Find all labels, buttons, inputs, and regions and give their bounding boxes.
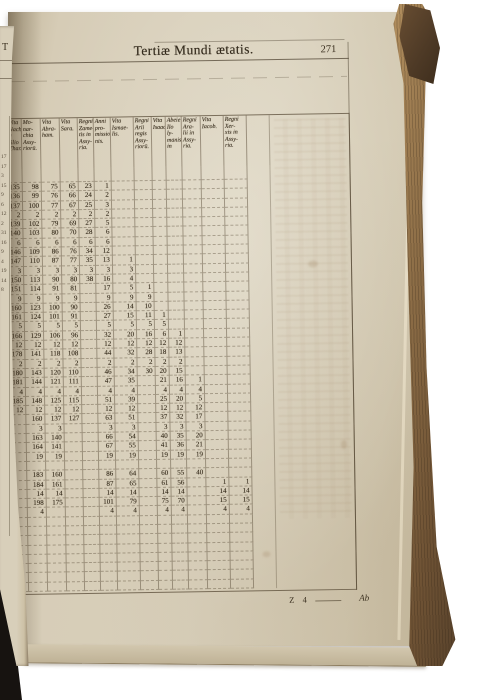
table-cell: 51	[115, 414, 138, 424]
table-cell	[188, 496, 207, 506]
table-cell	[138, 395, 156, 405]
table-cell	[41, 168, 60, 182]
table-cell: 2	[44, 359, 63, 369]
table-cell: 56	[171, 478, 187, 488]
table-cell	[83, 479, 99, 489]
table-cell	[229, 440, 252, 450]
table-cell	[154, 274, 168, 284]
table-cell: 5	[155, 320, 169, 330]
table-cell: 54	[116, 432, 139, 442]
table-cell	[166, 166, 182, 180]
table-cell	[135, 227, 153, 237]
table-cell-blank	[252, 477, 275, 487]
table-cell	[167, 199, 183, 209]
table-cell: 28	[137, 348, 155, 358]
table-cell	[184, 282, 203, 292]
table-cell	[226, 272, 249, 282]
table-cell: 79	[42, 220, 61, 230]
table-cell	[231, 579, 254, 589]
table-cell: 55	[171, 469, 187, 479]
table-cell: 129	[25, 331, 44, 341]
table-cell	[112, 218, 135, 228]
table-cell	[205, 366, 228, 376]
table-cell: 20	[156, 367, 170, 377]
table-cell-blank	[252, 458, 275, 468]
table-cell	[169, 311, 185, 321]
table-cell: 32	[114, 349, 137, 359]
table-cell-blank	[249, 263, 272, 273]
table-cell	[159, 553, 173, 563]
table-cell	[228, 375, 251, 385]
table-cell	[159, 580, 173, 590]
table-cell	[141, 571, 159, 581]
table-cell	[81, 349, 97, 359]
table-cell: 64	[116, 469, 139, 479]
table-cell	[184, 273, 203, 283]
table-cell	[229, 468, 252, 478]
table-cell: 13	[169, 348, 185, 358]
table-cell: 34	[80, 247, 96, 257]
table-cell: 14	[206, 487, 229, 497]
table-cell	[153, 199, 167, 209]
table-cell: 37	[156, 413, 170, 423]
table-cell: 121	[45, 378, 64, 388]
table-cell: 90	[43, 275, 62, 285]
table-cell: 40	[157, 432, 171, 442]
table-cell-blank	[253, 495, 276, 505]
table-cell: 6	[80, 238, 96, 248]
table-cell: 20	[170, 394, 186, 404]
table-cell: 87	[99, 479, 116, 489]
table-cell: 19	[187, 450, 206, 460]
table-cell: 14	[114, 302, 137, 312]
table-cell-blank	[253, 523, 276, 533]
table-cell: 13	[96, 256, 113, 266]
table-cell	[82, 396, 98, 406]
table-cell: 4	[28, 508, 47, 518]
table-cell: 80	[42, 229, 61, 239]
table-cell: 4	[158, 506, 172, 516]
table-cell	[47, 536, 66, 546]
table-cell: 12	[137, 339, 155, 349]
table-cell	[186, 366, 205, 376]
table-cell	[226, 282, 249, 292]
table-cell	[205, 412, 228, 422]
table-cell: 2	[63, 359, 81, 369]
table-cell: 2	[169, 357, 185, 367]
table-cell	[206, 468, 229, 478]
table-cell: 163	[27, 434, 46, 444]
table-cell: 5	[97, 321, 114, 331]
table-cell	[135, 209, 153, 219]
table-cell: 35	[115, 376, 138, 386]
left-page-column-rule	[9, 116, 10, 536]
table-cell: 9	[62, 294, 80, 304]
table-cell: 91	[63, 312, 81, 322]
table-cell	[117, 516, 140, 526]
table-cell	[84, 535, 100, 545]
table-cell-blank	[270, 164, 348, 179]
table-cell	[28, 536, 47, 546]
table-cell-blank	[248, 216, 271, 226]
table-cell	[168, 292, 184, 302]
table-cell: 2	[114, 358, 137, 368]
table-cell	[168, 273, 184, 283]
table-cell	[83, 489, 99, 499]
table-cell: 101	[44, 313, 63, 323]
table-cell	[228, 384, 251, 394]
table-cell-blank	[250, 337, 273, 347]
table-cell: 18	[155, 348, 169, 358]
table-cell	[29, 582, 48, 592]
table-cell: 1	[186, 375, 205, 385]
table-cell: 24	[79, 191, 95, 201]
table-cell	[188, 515, 207, 525]
table-cell: 9	[136, 293, 154, 303]
table-cell	[205, 384, 228, 394]
table-cell	[140, 544, 158, 554]
table-cell-blank	[253, 532, 276, 542]
table-cell	[67, 582, 85, 592]
table-cell	[65, 442, 83, 452]
table-cell	[83, 433, 99, 443]
table-cell: 21	[156, 376, 170, 386]
table-cell: 6	[62, 238, 80, 248]
table-cell	[202, 198, 225, 208]
table-cell: 4	[45, 387, 64, 397]
table-cell: 14	[157, 488, 171, 498]
table-cell: 12	[11, 341, 25, 351]
foxing-spot	[341, 440, 347, 449]
table-cell	[203, 291, 226, 301]
table-cell	[185, 348, 204, 358]
table-column-header: Mo- nar- chia Assy- riorū.	[22, 119, 42, 169]
table-cell: 109	[24, 248, 43, 258]
table-cell: 6	[95, 228, 112, 238]
table-cell-blank	[248, 188, 271, 198]
table-cell: 14	[229, 486, 252, 496]
table-cell: 3	[156, 422, 170, 432]
table-cell	[184, 264, 203, 274]
table-cell	[48, 582, 67, 592]
table-cell	[187, 487, 206, 497]
table-cell: 2	[97, 358, 114, 368]
table-cell	[201, 166, 224, 180]
table-cell: 44	[97, 349, 114, 359]
table-cell	[141, 553, 159, 563]
table-cell: 67	[61, 201, 79, 211]
table-cell: 147	[10, 257, 24, 267]
table-cell: 25	[156, 395, 170, 405]
header-rule-faint	[11, 76, 347, 82]
table-cell	[231, 570, 254, 580]
table-cell	[153, 218, 167, 228]
table-cell	[204, 319, 227, 329]
table-cell: 2	[23, 211, 42, 221]
table-cell	[227, 347, 250, 357]
table-cell	[47, 545, 66, 555]
table-body: 1359875652311369976662421371007767253222…	[8, 164, 356, 592]
table-cell-blank	[251, 365, 274, 375]
table-cell	[48, 573, 67, 583]
table-cell: 110	[24, 257, 43, 267]
table-cell: 3	[186, 422, 205, 432]
left-page-number: 17	[1, 164, 7, 170]
table-cell	[225, 179, 248, 189]
table-cell	[83, 451, 99, 461]
left-page-number: 8	[1, 287, 7, 293]
table-cell: 3	[113, 265, 136, 275]
table-cell: 91	[43, 285, 62, 295]
table-cell	[185, 310, 204, 320]
table-cell: 4	[100, 507, 117, 517]
table-cell: 125	[45, 396, 64, 406]
table-cell	[168, 246, 184, 256]
table-cell: 2	[25, 359, 44, 369]
table-cell: 12	[97, 340, 114, 350]
left-page-number: 4	[1, 259, 7, 265]
table-cell	[154, 292, 168, 302]
table-cell: 9	[43, 294, 62, 304]
left-page-number: 14	[1, 278, 7, 284]
running-title: Tertiæ Mundi ætatis.	[109, 41, 279, 60]
table-cell	[28, 545, 47, 555]
table-cell	[100, 516, 117, 526]
table-cell	[154, 237, 168, 247]
table-cell	[140, 497, 158, 507]
table-cell	[159, 571, 173, 581]
table-cell	[230, 542, 253, 552]
table-cell	[28, 517, 47, 527]
table-cell: 87	[43, 257, 62, 267]
table-cell: 76	[42, 192, 61, 202]
table-cell	[173, 552, 189, 562]
table-cell: 28	[79, 228, 95, 238]
table-cell	[204, 356, 227, 366]
table-cell	[134, 167, 152, 181]
table-cell	[80, 293, 96, 303]
table-cell: 17	[96, 284, 113, 294]
table-cell: 2	[95, 191, 112, 201]
table-cell: 144	[26, 378, 45, 388]
table-cell: 76	[62, 247, 80, 257]
table-cell	[230, 533, 253, 543]
table-cell: 1	[206, 477, 229, 487]
table-cell	[204, 310, 227, 320]
table-cell	[28, 527, 47, 537]
table-cell	[226, 254, 249, 264]
table-cell	[47, 517, 66, 527]
table-cell	[172, 515, 188, 525]
table-cell-blank	[251, 374, 274, 384]
table-cell-blank	[248, 207, 271, 217]
table-cell	[154, 246, 168, 256]
table-cell: 111	[64, 377, 82, 387]
table-cell	[173, 571, 189, 581]
table-cell: 14	[171, 487, 187, 497]
table-cell	[12, 425, 26, 435]
table-cell: 63	[98, 414, 115, 424]
table-cell: 113	[24, 276, 43, 286]
table-cell	[66, 526, 84, 536]
table-cell	[65, 433, 83, 443]
book-photograph: { "photo": { "background": "#ffffff" }, …	[0, 0, 484, 700]
table-cell	[225, 189, 248, 199]
table-cell	[183, 189, 202, 199]
table-cell	[185, 338, 204, 348]
table-cell: 124	[25, 313, 44, 323]
table-cell: 6	[10, 239, 24, 249]
table-cell: 3	[10, 267, 24, 277]
table-cell: 12	[12, 406, 26, 416]
table-cell: 12	[170, 404, 186, 414]
table-cell	[167, 227, 183, 237]
table-cell	[99, 460, 116, 470]
table-cell	[140, 506, 158, 516]
signature-dash	[315, 600, 341, 601]
table-cell: 108	[63, 349, 81, 359]
table-cell: 3	[96, 265, 113, 275]
table-cell	[101, 553, 118, 563]
table-cell-blank	[254, 579, 277, 589]
table-column-header: Vita Abra- ham.	[41, 118, 61, 168]
table-cell: 9	[113, 293, 136, 303]
table-cell: 106	[44, 331, 63, 341]
table-cell	[84, 544, 100, 554]
table-cell: 2	[95, 209, 112, 219]
table-cell	[189, 571, 208, 581]
table-cell: 12	[169, 339, 185, 349]
table-cell: 4	[113, 274, 136, 284]
table-cell	[112, 200, 135, 210]
table-cell	[139, 460, 157, 470]
table-cell	[227, 356, 250, 366]
table-cell: 1	[229, 477, 252, 487]
table-cell	[139, 441, 157, 451]
table-cell	[82, 386, 98, 396]
table-cell: 101	[100, 498, 117, 508]
table-cell	[136, 265, 154, 275]
table-cell: 1	[113, 256, 136, 266]
table-cell: 140	[46, 433, 65, 443]
table-cell	[184, 292, 203, 302]
table-cell	[205, 422, 228, 432]
table-cell: 20	[187, 431, 206, 441]
table-cell: 12	[155, 339, 169, 349]
table-cell	[46, 461, 65, 471]
table-cell	[188, 533, 207, 543]
table-cell: 14	[46, 489, 65, 499]
table-cell	[64, 424, 82, 434]
table-cell-blank	[252, 449, 275, 459]
table-cell	[158, 515, 172, 525]
table-cell-blank	[250, 309, 273, 319]
table-cell	[118, 572, 141, 582]
left-page-number: 12	[1, 211, 7, 217]
table-cell	[138, 385, 156, 395]
table-cell	[187, 459, 206, 469]
table-cell	[225, 217, 248, 227]
table-cell	[138, 376, 156, 386]
table-cell	[135, 200, 153, 210]
table-cell	[173, 562, 189, 572]
table-cell: 146	[10, 248, 24, 258]
table-cell	[204, 329, 227, 339]
table-cell	[101, 563, 118, 573]
table-cell-blank	[252, 486, 275, 496]
left-page-number: 6	[1, 202, 7, 208]
table-cell-blank	[249, 235, 272, 245]
table-cell	[206, 449, 229, 459]
table-cell	[48, 564, 67, 574]
table-cell: 164	[27, 443, 46, 453]
table-cell: 110	[64, 368, 82, 378]
table-cell: 148	[26, 397, 45, 407]
table-cell	[136, 255, 154, 265]
table-cell: 6	[43, 238, 62, 248]
table-cell: 34	[115, 367, 138, 377]
table-cell: 2	[79, 210, 95, 220]
table-cell: 81	[62, 284, 80, 294]
table-cell	[182, 166, 201, 180]
table-cell-blank	[254, 560, 277, 570]
table-cell	[112, 228, 135, 238]
table-cell: 35	[80, 256, 96, 266]
table-cell	[227, 338, 250, 348]
table-cell: 75	[158, 497, 172, 507]
table-cell: 5	[63, 322, 81, 332]
table-cell: 178	[11, 350, 25, 360]
left-page-number-fragments: 17173159612231169419148	[1, 154, 7, 293]
table-cell: 4	[186, 385, 205, 395]
table-cell	[81, 312, 97, 322]
book-page: Tertiæ Mundi ætatis. 271 Vita Nach. e fi…	[8, 12, 422, 646]
table-cell	[22, 169, 41, 183]
left-page-number: 16	[1, 240, 7, 246]
table-cell-blank	[248, 226, 271, 236]
table-cell	[208, 561, 231, 571]
table-cell: 1	[169, 329, 185, 339]
table-cell	[159, 562, 173, 572]
table-cell	[205, 394, 228, 404]
table-cell	[202, 226, 225, 236]
table-cell-blank	[248, 198, 271, 208]
table-cell-blank	[247, 165, 270, 179]
table-cell	[225, 226, 248, 236]
table-cell: 3	[98, 423, 115, 433]
table-cell	[228, 403, 251, 413]
table-cell: 123	[25, 304, 44, 314]
table-column-header: Abeie Ilo ly- manis in	[166, 117, 183, 167]
table-cell: 161	[11, 313, 25, 323]
table-cell: 14	[116, 488, 139, 498]
table-cell: 2	[61, 210, 79, 220]
table-cell: 4	[12, 388, 26, 398]
table-cell: 15	[170, 366, 186, 376]
table-cell	[229, 449, 252, 459]
table-column-header: Regni Zame- tis in Assy- ria.	[78, 118, 95, 168]
table-cell: 1	[155, 311, 169, 321]
table-cell	[118, 581, 141, 591]
table-cell: 3	[80, 266, 96, 276]
table-cell	[66, 498, 84, 508]
table-cell: 65	[61, 182, 79, 192]
table-cell	[112, 209, 135, 219]
table-cell	[139, 488, 157, 498]
table-cell	[85, 554, 101, 564]
table-cell: 23	[79, 182, 95, 192]
table-cell-blank	[249, 253, 272, 263]
